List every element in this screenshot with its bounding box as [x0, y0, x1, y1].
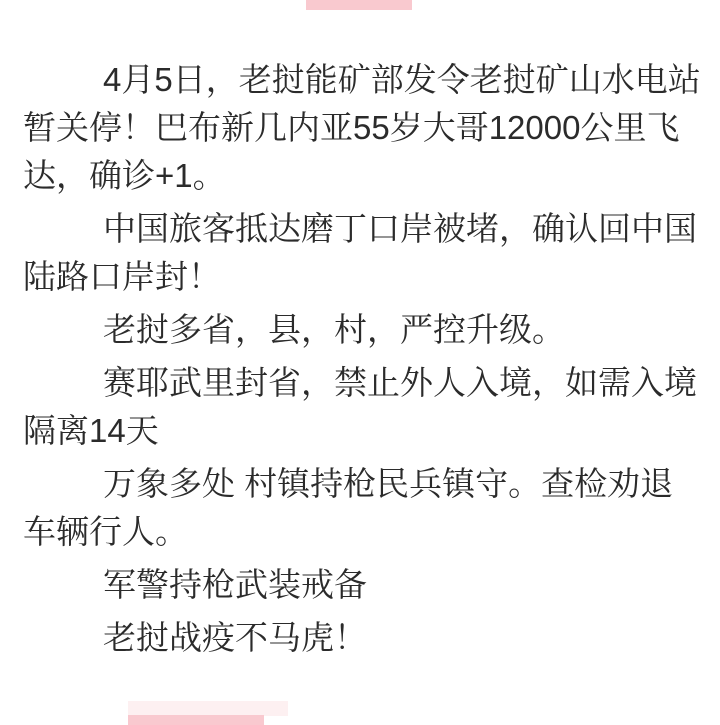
- top-pink-bar: [306, 0, 412, 10]
- article-paragraph-3: 老挝多省，县，村，严控升级。: [23, 306, 705, 354]
- bottom-pink-bar-halo: [128, 701, 288, 716]
- article-text-body: 4月5日，老挝能矿部发令老挝矿山水电站暂关停！巴布新几内亚55岁大哥12000公…: [23, 56, 705, 667]
- article-paragraph-7: 老挝战疫不马虎！: [23, 614, 705, 662]
- article-paragraph-1: 4月5日，老挝能矿部发令老挝矿山水电站暂关停！巴布新几内亚55岁大哥12000公…: [23, 56, 705, 200]
- article-paragraph-6: 军警持枪武装戒备: [23, 561, 705, 609]
- article-paragraph-5: 万象多处 村镇持枪民兵镇守。查检劝退车辆行人。: [23, 460, 705, 556]
- bottom-pink-bar: [128, 715, 264, 725]
- screenshot-page: { "page": { "background_color": "#ffffff…: [0, 0, 720, 725]
- article-paragraph-2: 中国旅客抵达磨丁口岸被堵，确认回中国陆路口岸封！: [23, 205, 705, 301]
- article-paragraph-4: 赛耶武里封省，禁止外人入境，如需入境隔离14天: [23, 359, 705, 455]
